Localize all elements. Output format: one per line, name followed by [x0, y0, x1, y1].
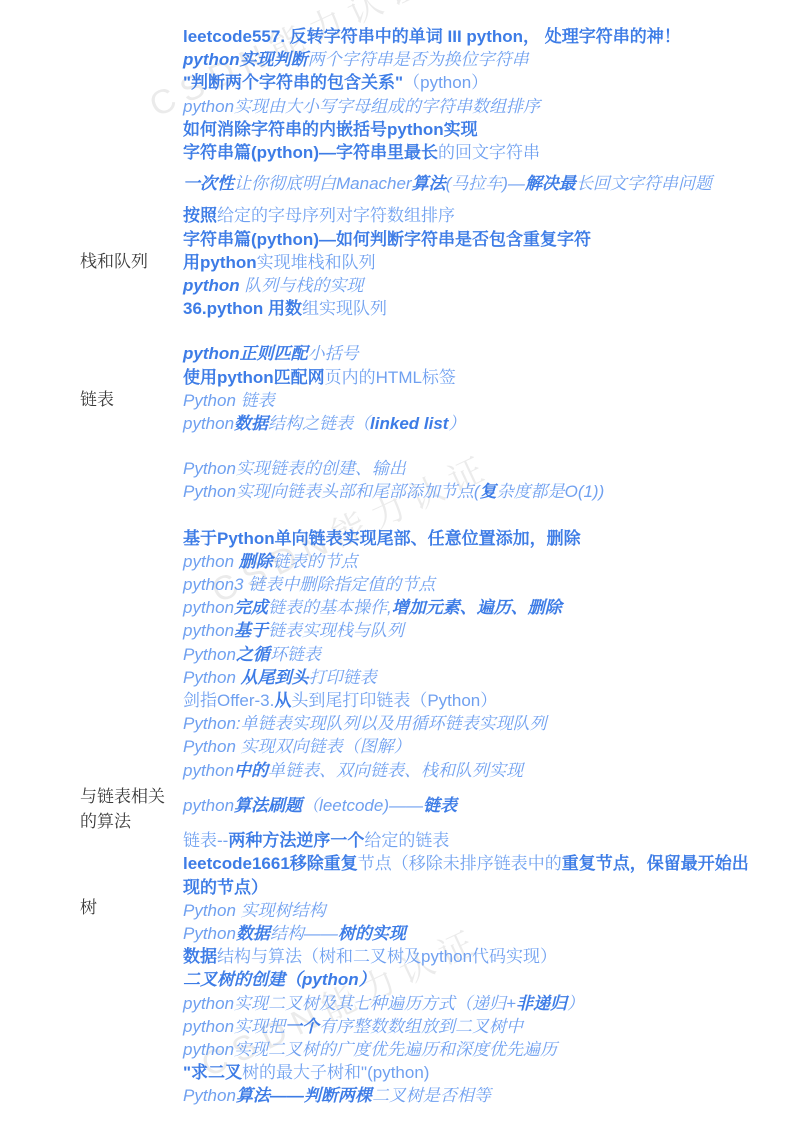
article-link[interactable]: "判断两个字符串的包含关系"（python） — [183, 71, 755, 94]
link-text-segment: 二叉树的创建（python） — [183, 970, 376, 989]
link-group: 按照给定的字母序列对字符数组排序字符串篇(python)—如何判断字符串是否包含… — [183, 204, 755, 320]
link-text-segment: 数据 — [234, 414, 268, 433]
link-text-segment: Python:单链表实现队列以及用循环链表实现队列 — [183, 714, 547, 733]
article-link[interactable]: python实现把一个有序整数数组放到二叉树中 — [183, 1015, 755, 1038]
article-link[interactable]: 链表--两种方法逆序一个给定的链表 — [183, 829, 755, 852]
link-text-segment: 链表的节点 — [273, 552, 358, 571]
link-text-segment: 字符串篇(python)—字符串里最长 — [183, 143, 438, 162]
link-text-segment: 一个 — [285, 1017, 319, 1036]
link-text-segment: 之循 — [236, 645, 270, 664]
link-text-segment: 字符串篇(python)—如何判断字符串是否包含重复字符 — [183, 230, 591, 249]
link-text-segment: leetcode1661移除重复 — [183, 854, 358, 873]
link-text-segment: 给定的链表 — [364, 831, 449, 850]
link-text-segment: 从 — [274, 691, 291, 710]
link-text-segment: 一次性 — [183, 174, 234, 193]
link-text-segment: 数据 — [183, 947, 217, 966]
link-text-segment: python3 链表中删除指定值的节点 — [183, 575, 435, 594]
article-link[interactable]: 字符串篇(python)—字符串里最长的回文字符串 — [183, 141, 755, 164]
link-text-segment: 节点（移除未排序链表中的 — [358, 854, 562, 873]
link-text-segment: 算法刷题 — [234, 796, 302, 815]
link-text-segment: 给定的字母序列对字符数组排序 — [217, 206, 455, 225]
article-link[interactable]: Python数据结构——树的实现 — [183, 922, 755, 945]
link-text-segment: 让你彻底明白Manacher — [234, 174, 412, 193]
article-link[interactable]: python 删除链表的节点 — [183, 550, 755, 573]
category-label-stack-queue: 栈和队列 — [80, 249, 148, 274]
article-link[interactable]: 基于Python单向链表实现尾部、任意位置添加，删除 — [183, 527, 755, 550]
article-link[interactable]: python中的单链表、双向链表、栈和队列实现 — [183, 759, 755, 782]
link-text-segment: 结构之链表（ — [268, 414, 370, 433]
article-link[interactable]: 数据结构与算法（树和二叉树及python代码实现） — [183, 945, 755, 968]
link-text-segment: 单链表、双向链表、栈和队列实现 — [268, 761, 523, 780]
article-link[interactable]: python基于链表实现栈与队列 — [183, 619, 755, 642]
link-text-segment: python — [183, 621, 234, 640]
link-text-segment: 二叉树是否相等 — [372, 1086, 491, 1105]
link-text-segment: 中的 — [234, 761, 268, 780]
link-group: python算法刷题（leetcode)——链表 — [183, 794, 755, 817]
link-text-segment: 完成 — [234, 598, 268, 617]
link-text-segment: 按照 — [183, 206, 217, 225]
article-link[interactable]: 如何消除字符串的内嵌括号python实现 — [183, 118, 755, 141]
article-link[interactable]: 剑指Offer-3.从头到尾打印链表（Python） — [183, 689, 755, 712]
links-column: leetcode557. 反转字符串中的单词 III python， 处理字符串… — [183, 25, 755, 1108]
article-link[interactable]: Python实现链表的创建、输出 — [183, 457, 755, 480]
link-text-segment: python — [183, 761, 234, 780]
link-text-segment: 组实现队列 — [302, 299, 387, 318]
link-text-segment: Python 实现双向链表（图解） — [183, 737, 411, 756]
link-text-segment: (马拉车)— — [446, 174, 525, 193]
link-text-segment: linked list — [370, 414, 448, 433]
document-page: CSDN能力认证 CSDN能力认证 CSDN能力认证 栈和队列 链表 与链表相关… — [0, 0, 802, 1127]
link-text-segment: 删除 — [239, 552, 273, 571]
link-text-segment: Python — [183, 668, 241, 687]
link-group: python正则匹配小括号使用python匹配网页内的HTML标签Python … — [183, 342, 755, 435]
link-text-segment: 页内的HTML标签 — [325, 368, 456, 387]
link-text-segment: 实现堆栈和队列 — [257, 253, 376, 272]
link-text-segment: 环链表 — [270, 645, 321, 664]
link-text-segment: 数据 — [236, 924, 270, 943]
link-text-segment: 链表-- — [183, 831, 228, 850]
link-group: 基于Python单向链表实现尾部、任意位置添加，删除python 删除链表的节点… — [183, 527, 755, 782]
article-link[interactable]: 36.python 用数组实现队列 — [183, 297, 755, 320]
link-text-segment: python — [183, 598, 234, 617]
link-text-segment: python实现把 — [183, 1017, 285, 1036]
link-text-segment: 结构与算法（树和二叉树及python代码实现） — [217, 947, 557, 966]
link-text-segment: 小括号 — [308, 344, 359, 363]
article-link[interactable]: python数据结构之链表（linked list） — [183, 412, 755, 435]
article-link[interactable]: python实现二叉树的广度优先遍历和深度优先遍历 — [183, 1038, 755, 1061]
link-text-segment: 36.python 用数 — [183, 299, 302, 318]
link-group: leetcode557. 反转字符串中的单词 III python， 处理字符串… — [183, 25, 755, 164]
article-link[interactable]: python实现判断两个字符串是否为换位字符串 — [183, 48, 755, 71]
link-text-segment: 打印链表 — [309, 668, 377, 687]
link-text-segment: 树的实现 — [338, 924, 406, 943]
article-link[interactable]: 字符串篇(python)—如何判断字符串是否包含重复字符 — [183, 228, 755, 251]
link-text-segment: 非递归 — [516, 994, 567, 1013]
link-text-segment: python实现二叉树及其七种遍历方式（递归+ — [183, 994, 516, 1013]
category-label-linked-list: 链表 — [80, 387, 114, 412]
article-link[interactable]: leetcode1661移除重复节点（移除未排序链表中的重复节点，保留最开始出现… — [183, 852, 755, 898]
link-text-segment: python实现由大小写字母组成的字符串数组排序 — [183, 97, 540, 116]
link-text-segment: 树的最大子树和"(python) — [242, 1063, 429, 1082]
link-text-segment: python实现二叉树的广度优先遍历和深度优先遍历 — [183, 1040, 557, 1059]
article-link[interactable]: 使用python匹配网页内的HTML标签 — [183, 366, 755, 389]
link-text-segment: Python 链表 — [183, 391, 275, 410]
article-link[interactable]: Python 实现双向链表（图解） — [183, 735, 755, 758]
link-group: 链表--两种方法逆序一个给定的链表leetcode1661移除重复节点（移除未排… — [183, 829, 755, 1107]
link-text-segment: Python实现链表的创建、输出 — [183, 459, 406, 478]
category-label-linked-list-algorithms: 与链表相关的算法 — [80, 784, 168, 834]
link-text-segment: python — [183, 276, 244, 295]
link-text-segment: 基于 — [234, 621, 268, 640]
article-link[interactable]: "求二叉树的最大子树和"(python) — [183, 1061, 755, 1084]
link-text-segment: 长回文字符串问题 — [576, 174, 712, 193]
link-text-segment: python — [183, 414, 234, 433]
link-text-segment: 两种方法逆序一个 — [228, 831, 364, 850]
link-text-segment: 算法——判断两棵 — [236, 1086, 372, 1105]
link-text-segment: 算法 — [412, 174, 446, 193]
link-text-segment: 的回文字符串 — [438, 143, 540, 162]
link-text-segment: 剑指Offer-3. — [183, 691, 274, 710]
link-text-segment: 复 — [480, 482, 497, 501]
link-text-segment: 杂度都是O(1)) — [497, 482, 605, 501]
link-group: Python实现链表的创建、输出Python实现向链表头部和尾部添加节点(复杂度… — [183, 457, 755, 503]
article-link[interactable]: 用python实现堆栈和队列 — [183, 251, 755, 274]
link-text-segment: leetcode557. 反转字符串中的单词 III python， 处理字符串… — [183, 27, 681, 46]
link-text-segment: 结构—— — [270, 924, 338, 943]
article-link[interactable]: python算法刷题（leetcode)——链表 — [183, 794, 755, 817]
link-text-segment: 有序整数数组放到二叉树中 — [319, 1017, 523, 1036]
article-link[interactable]: python完成链表的基本操作,增加元素、遍历、删除 — [183, 596, 755, 619]
article-link[interactable]: 一次性让你彻底明白Manacher算法(马拉车)—解决最长回文字符串问题 — [183, 172, 755, 195]
link-text-segment: 如何消除字符串的内嵌括号python实现 — [183, 120, 478, 139]
link-text-segment: （leetcode)—— — [302, 796, 423, 815]
link-text-segment: python — [183, 796, 234, 815]
article-link[interactable]: python 队列与栈的实现 — [183, 274, 755, 297]
article-link[interactable]: python正则匹配小括号 — [183, 342, 755, 365]
article-link[interactable]: leetcode557. 反转字符串中的单词 III python， 处理字符串… — [183, 25, 755, 48]
link-text-segment: 使用python匹配网 — [183, 368, 325, 387]
link-text-segment: ） — [567, 994, 584, 1013]
article-link[interactable]: Python 实现树结构 — [183, 899, 755, 922]
link-text-segment: python实现判断 — [183, 50, 308, 69]
article-link[interactable]: Python实现向链表头部和尾部添加节点(复杂度都是O(1)) — [183, 480, 755, 503]
link-text-segment: "求二叉 — [183, 1063, 242, 1082]
link-text-segment: 用python — [183, 253, 257, 272]
link-text-segment: 从尾到头 — [241, 668, 309, 687]
link-text-segment: Python — [183, 924, 236, 943]
link-text-segment: Python — [183, 1086, 236, 1105]
link-text-segment: 基于Python单向链表实现尾部、任意位置添加，删除 — [183, 529, 581, 548]
link-text-segment: 队列与栈的实现 — [244, 276, 363, 295]
link-text-segment: 链表实现栈与队列 — [268, 621, 404, 640]
article-link[interactable]: python3 链表中删除指定值的节点 — [183, 573, 755, 596]
link-group: 一次性让你彻底明白Manacher算法(马拉车)—解决最长回文字符串问题 — [183, 172, 755, 195]
link-text-segment: 头到尾打印链表（Python） — [291, 691, 497, 710]
article-link[interactable]: python实现由大小写字母组成的字符串数组排序 — [183, 95, 755, 118]
article-link[interactable]: Python 链表 — [183, 389, 755, 412]
link-text-segment: 两个字符串是否为换位字符串 — [308, 50, 529, 69]
link-text-segment: Python实现向链表头部和尾部添加节点( — [183, 482, 480, 501]
link-text-segment: "判断两个字符串的包含关系" — [183, 73, 403, 92]
link-text-segment: Python — [183, 645, 236, 664]
article-link[interactable]: Python:单链表实现队列以及用循环链表实现队列 — [183, 712, 755, 735]
category-label-tree: 树 — [80, 895, 97, 920]
article-link[interactable]: python实现二叉树及其七种遍历方式（递归+非递归） — [183, 992, 755, 1015]
link-text-segment: python — [183, 552, 239, 571]
article-link[interactable]: 按照给定的字母序列对字符数组排序 — [183, 204, 755, 227]
link-text-segment: 增加元素、遍历、删除 — [392, 598, 562, 617]
article-link[interactable]: Python算法——判断两棵二叉树是否相等 — [183, 1084, 755, 1107]
link-text-segment: python正则匹配 — [183, 344, 308, 363]
article-link[interactable]: 二叉树的创建（python） — [183, 968, 755, 991]
article-link[interactable]: Python 从尾到头打印链表 — [183, 666, 755, 689]
article-link[interactable]: Python之循环链表 — [183, 643, 755, 666]
link-text-segment: （python） — [403, 73, 488, 92]
link-text-segment: Python 实现树结构 — [183, 901, 326, 920]
link-text-segment: ） — [448, 414, 465, 433]
link-text-segment: 解决最 — [525, 174, 576, 193]
link-text-segment: 链表 — [423, 796, 457, 815]
link-text-segment: 链表的基本操作, — [268, 598, 392, 617]
